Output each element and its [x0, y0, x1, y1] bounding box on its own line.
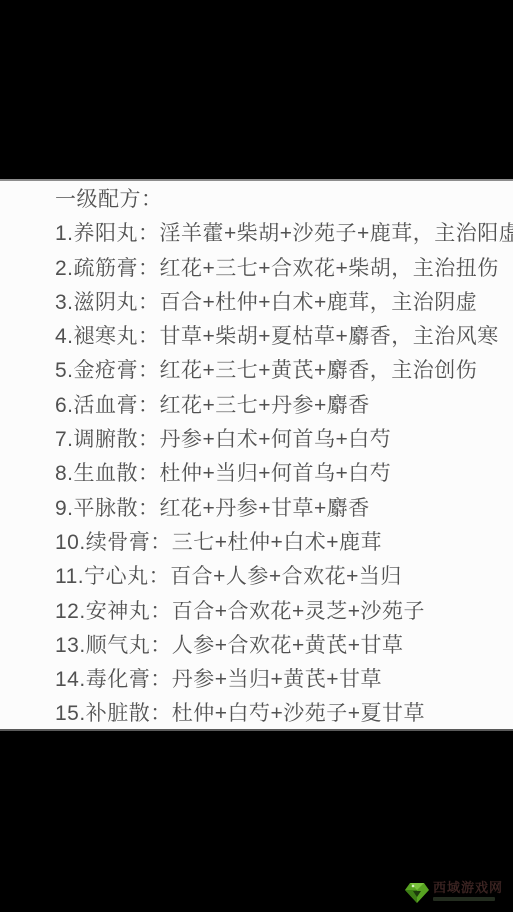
recipe-line: 11.宁心丸：百合+人参+合欢花+当归	[55, 560, 513, 594]
recipe-list: 1.养阳丸：淫羊藿+柴胡+沙苑子+鹿茸，主治阳虚2.疏筋膏：红花+三七+合欢花+…	[55, 217, 513, 731]
page-title: 一级配方：	[55, 183, 513, 217]
watermark-subtext-line	[433, 897, 495, 901]
recipe-line: 13.顺气丸：人参+合欢花+黄芪+甘草	[55, 629, 513, 663]
recipe-line: 9.平脉散：红花+丹参+甘草+麝香	[55, 492, 513, 526]
recipe-line: 5.金疮膏：红花+三七+黄芪+麝香，主治创伤	[55, 354, 513, 388]
gem-icon	[404, 882, 430, 904]
watermark-site-name: 西域游戏网	[433, 880, 503, 895]
recipe-line: 2.疏筋膏：红花+三七+合欢花+柴胡，主治扭伤	[55, 252, 513, 286]
recipe-line: 6.活血膏：红花+三七+丹参+麝香	[55, 389, 513, 423]
watermark-text: 西域游戏网	[433, 880, 503, 901]
recipe-line: 12.安神丸：百合+合欢花+灵芝+沙苑子	[55, 595, 513, 629]
recipe-line: 8.生血散：杜仲+当归+何首乌+白芍	[55, 457, 513, 491]
watermark: 西域游戏网	[404, 880, 503, 904]
screenshot-root: 一级配方： 1.养阳丸：淫羊藿+柴胡+沙苑子+鹿茸，主治阳虚2.疏筋膏：红花+三…	[0, 0, 513, 912]
recipe-line: 1.养阳丸：淫羊藿+柴胡+沙苑子+鹿茸，主治阳虚	[55, 217, 513, 251]
recipe-line: 7.调腑散：丹参+白术+何首乌+白芍	[55, 423, 513, 457]
bottom-letterbox: 西域游戏网	[0, 731, 513, 912]
recipe-line: 15.补脏散：杜仲+白芍+沙苑子+夏甘草	[55, 697, 513, 731]
recipe-line: 10.续骨膏：三七+杜仲+白术+鹿茸	[55, 526, 513, 560]
recipe-page: 一级配方： 1.养阳丸：淫羊藿+柴胡+沙苑子+鹿茸，主治阳虚2.疏筋膏：红花+三…	[0, 179, 513, 731]
recipe-line: 14.毒化膏：丹参+当归+黄芪+甘草	[55, 663, 513, 697]
recipe-line: 3.滋阴丸：百合+杜仲+白术+鹿茸，主治阴虚	[55, 286, 513, 320]
top-letterbox	[0, 0, 513, 179]
recipe-line: 4.褪寒丸：甘草+柴胡+夏枯草+麝香，主治风寒	[55, 320, 513, 354]
